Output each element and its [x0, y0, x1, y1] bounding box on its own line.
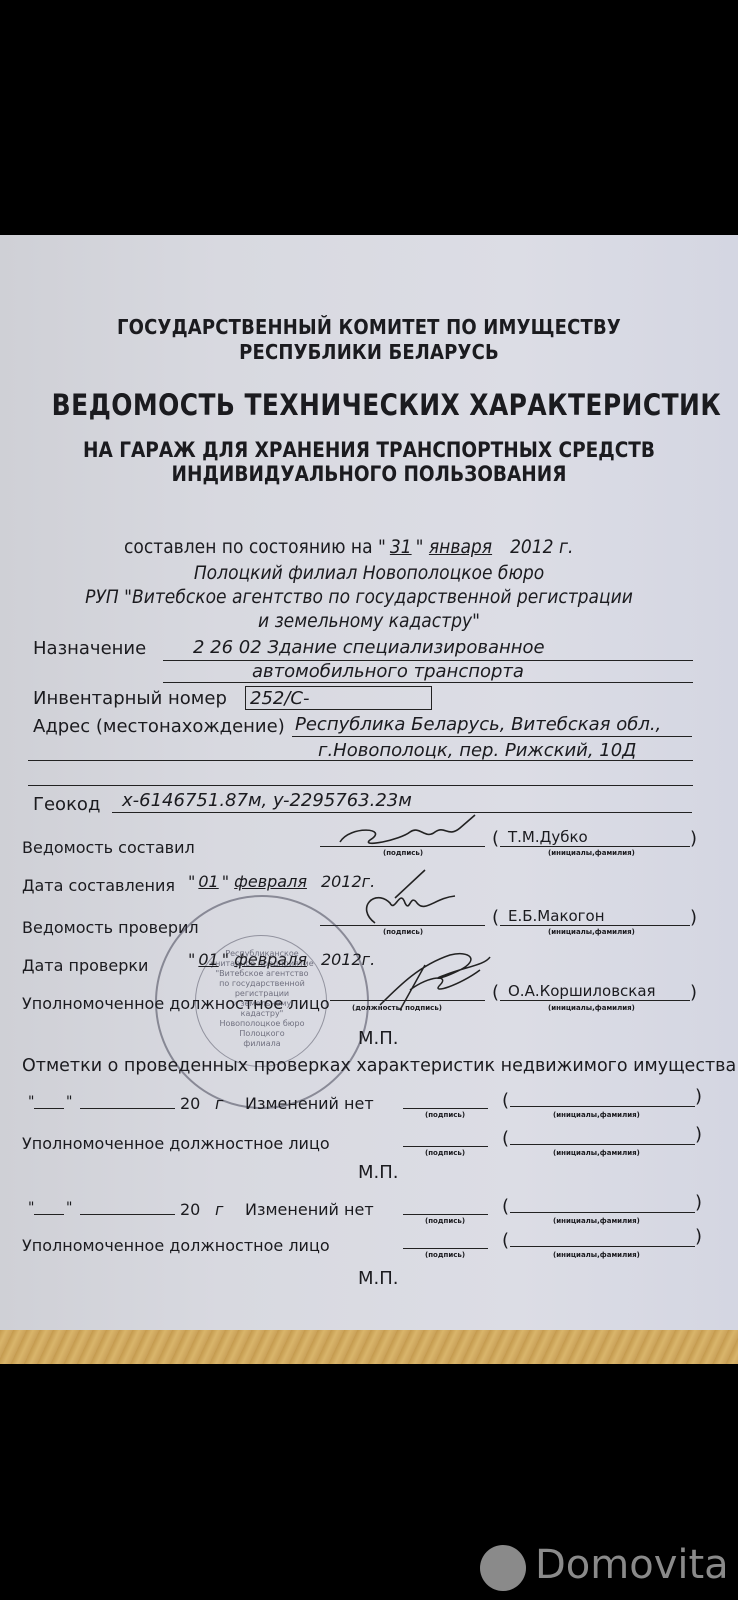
purpose-label: Назначение	[33, 638, 146, 659]
state-prefix: составлен по состоянию на "	[124, 536, 386, 558]
document-title: ВЕДОМОСТЬ ТЕХНИЧЕСКИХ ХАРАКТЕРИСТИК	[52, 388, 687, 422]
check2-quote-close: "	[66, 1200, 72, 1216]
check1-auth-signature-line	[403, 1146, 488, 1147]
check2-day-line	[34, 1214, 64, 1215]
check1-day-line	[34, 1108, 64, 1109]
state-quote: "	[416, 536, 424, 558]
authorized-name-line	[500, 1000, 690, 1001]
check2-initials-caption: (инициалы,фамилия)	[553, 1217, 640, 1225]
address-value-line-2: г.Новополоцк, пер. Рижский, 10Д	[318, 740, 636, 761]
checked-name-line	[500, 925, 690, 926]
compiled-signature-line	[320, 846, 485, 847]
check2-authorized-label: Уполномоченное должностное лицо	[22, 1236, 330, 1255]
table-surface	[0, 1330, 738, 1364]
check1-auth-signature-caption: (подпись)	[425, 1149, 465, 1157]
checked-initials-caption: (инициалы,фамилия)	[548, 928, 635, 936]
check2-signature-caption: (подпись)	[425, 1217, 465, 1225]
stamp-line: Новополоцкое бюро	[207, 1019, 317, 1029]
checked-signature-line	[320, 925, 485, 926]
paren-close: )	[695, 1192, 702, 1213]
check2-year: 20	[180, 1200, 200, 1219]
geocode-value: x-6146751.87м, y-2295763.23м	[122, 790, 412, 811]
purpose-value-line-2: автомобильного транспорта	[252, 661, 524, 682]
org-line-2: РУП "Витебское агентство по государствен…	[0, 586, 728, 608]
check2-month-line	[80, 1214, 175, 1215]
domovita-logo-icon	[480, 1545, 526, 1591]
check2-signature-line	[403, 1214, 488, 1215]
authorized-signature-line	[330, 1000, 485, 1001]
compiled-by-label: Ведомость составил	[22, 838, 195, 857]
address-value-line-1: Республика Беларусь, Витебская обл.,	[295, 714, 661, 735]
geocode-label: Геокод	[33, 794, 100, 815]
purpose-underline-2	[163, 682, 693, 683]
paren-open: (	[502, 1196, 509, 1217]
compile-date-label: Дата составления	[22, 876, 175, 895]
state-day: 31	[386, 536, 416, 558]
checked-by-label: Ведомость проверил	[22, 918, 199, 937]
check1-year-suffix: г	[215, 1094, 223, 1113]
paren-open: (	[492, 982, 499, 1003]
compiled-name-line	[500, 846, 690, 847]
check2-auth-name-line	[510, 1246, 695, 1247]
org-line-1: Полоцкий филиал Новополоцкое бюро	[0, 562, 738, 584]
check-date-label: Дата проверки	[22, 956, 148, 975]
authorized-initials-caption: (инициалы,фамилия)	[548, 1004, 635, 1012]
check-date-year: 2012г.	[321, 950, 375, 969]
paren-open: (	[502, 1230, 509, 1251]
checked-by-name: Е.Б.Макогон	[508, 907, 605, 925]
inventory-value: 252/С-	[250, 688, 309, 709]
paren-close: )	[695, 1086, 702, 1107]
stamp-line: филиала	[207, 1039, 317, 1049]
state-line: составлен по состоянию на "31" января201…	[124, 536, 573, 558]
header-line-2: РЕСПУБЛИКИ БЕЛАРУСЬ	[37, 340, 701, 364]
paren-open: (	[492, 907, 499, 928]
check1-quote-close: "	[66, 1094, 72, 1110]
compile-date-day: 01	[195, 872, 221, 891]
seal-mark: М.П.	[358, 1028, 399, 1049]
paren-close: )	[690, 907, 697, 928]
check1-seal: М.П.	[358, 1162, 399, 1183]
check1-auth-name-line	[510, 1144, 695, 1145]
check-date: "01" февраля2012г.	[188, 950, 375, 969]
address-underline-2	[28, 760, 693, 761]
domovita-watermark: Domovita	[535, 1542, 729, 1588]
check2-auth-signature-caption: (подпись)	[425, 1251, 465, 1259]
check2-no-changes: Изменений нет	[245, 1200, 374, 1219]
address-underline-3	[28, 785, 693, 786]
compiled-signature-caption: (подпись)	[383, 849, 423, 857]
checked-signature-caption: (подпись)	[383, 928, 423, 936]
compile-date: "01" февраля2012г.	[188, 872, 375, 891]
stamp-line: по государственной	[207, 979, 317, 989]
paren-close: )	[695, 1124, 702, 1145]
state-month: января	[429, 536, 510, 558]
paren-close: )	[695, 1226, 702, 1247]
compile-date-month: февраля	[234, 872, 321, 891]
check2-seal: М.П.	[358, 1268, 399, 1289]
inventory-label: Инвентарный номер	[33, 688, 227, 709]
check2-year-suffix: г	[215, 1200, 223, 1219]
check1-no-changes: Изменений нет	[245, 1094, 374, 1113]
paren-close: )	[690, 982, 697, 1003]
header-line-1: ГОСУДАРСТВЕННЫЙ КОМИТЕТ ПО ИМУЩЕСТВУ	[37, 315, 701, 339]
compiled-by-name: Т.М.Дубко	[508, 828, 588, 846]
check1-signature-caption: (подпись)	[425, 1111, 465, 1119]
address-underline	[292, 736, 692, 737]
check1-year: 20	[180, 1094, 200, 1113]
stamp-line: Полоцкого	[207, 1029, 317, 1039]
check1-signature-line	[403, 1108, 488, 1109]
paren-open: (	[502, 1090, 509, 1111]
authorized-name: О.А.Коршиловская	[508, 982, 656, 1000]
check2-auth-initials-caption: (инициалы,фамилия)	[553, 1251, 640, 1259]
check2-auth-signature-line	[403, 1248, 488, 1249]
authorized-label: Уполномоченное должностное лицо	[22, 994, 330, 1013]
check-date-day: 01	[195, 950, 221, 969]
address-label: Адрес (местонахождение)	[33, 716, 285, 737]
check1-authorized-label: Уполномоченное должностное лицо	[22, 1134, 330, 1153]
checks-heading: Отметки о проведенных проверках характер…	[22, 1056, 736, 1076]
state-year: 2012 г.	[510, 536, 573, 558]
paren-open: (	[502, 1128, 509, 1149]
paren-close: )	[690, 828, 697, 849]
check1-auth-initials-caption: (инициалы,фамилия)	[553, 1149, 640, 1157]
subtitle-line-1: НА ГАРАЖ ДЛЯ ХРАНЕНИЯ ТРАНСПОРТНЫХ СРЕДС…	[44, 438, 693, 462]
compiled-initials-caption: (инициалы,фамилия)	[548, 849, 635, 857]
check1-month-line	[80, 1108, 175, 1109]
check2-name-line	[510, 1212, 695, 1213]
check-date-month: февраля	[234, 950, 321, 969]
subtitle-line-2: ИНДИВИДУАЛЬНОГО ПОЛЬЗОВАНИЯ	[44, 462, 693, 486]
check1-initials-caption: (инициалы,фамилия)	[553, 1111, 640, 1119]
paren-open: (	[492, 828, 499, 849]
purpose-value-line-1: 2 26 02 Здание специализированное	[193, 637, 545, 658]
stamp-line: "Витебское агентство	[207, 969, 317, 979]
authorized-position-caption: (должность, подпись)	[352, 1004, 442, 1012]
check1-name-line	[510, 1106, 695, 1107]
org-line-3: и земельному кадастру"	[0, 610, 738, 632]
